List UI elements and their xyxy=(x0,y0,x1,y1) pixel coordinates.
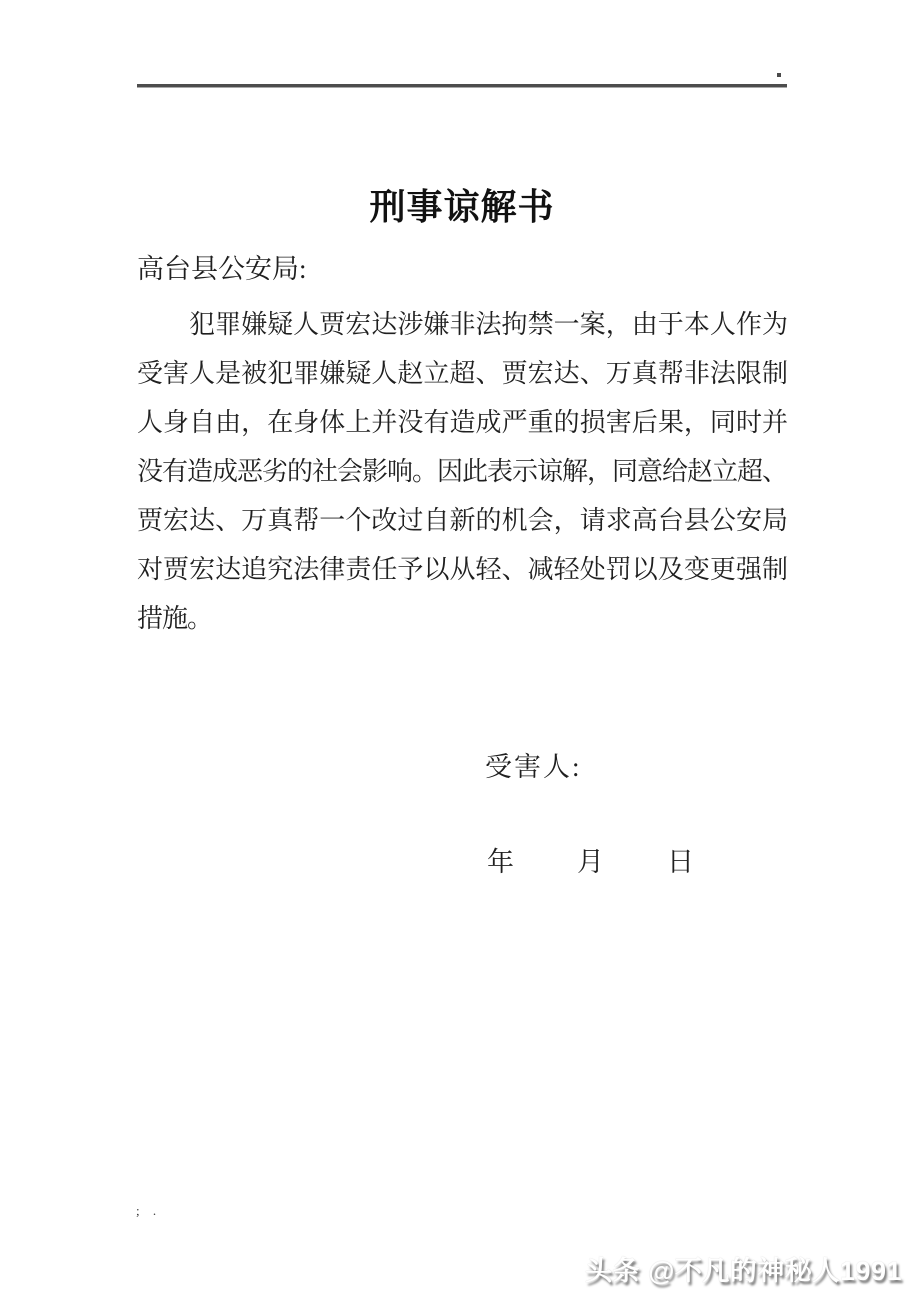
month-label: 月 xyxy=(577,838,604,887)
day-label: 日 xyxy=(667,838,694,887)
year-label: 年 xyxy=(487,838,514,887)
footnote-marks: ; . xyxy=(136,1202,161,1220)
paragraph-line: 犯罪嫌疑人贾宏达涉嫌非法拘禁一案，由于本人作为 xyxy=(137,300,787,349)
salutation-line: 高台县公安局: xyxy=(137,245,787,294)
paragraph-line: 没有造成恶劣的社会影响。因此表示谅解，同意给赵立超、 xyxy=(137,447,787,496)
paragraph-line: 受害人是被犯罪嫌疑人赵立超、贾宏达、万真帮非法限制 xyxy=(137,349,787,398)
stray-mark-dot xyxy=(777,73,781,77)
paragraph-line: 人身自由，在身体上并没有造成严重的损害后果，同时并 xyxy=(137,398,787,447)
date-line: 年 月 日 xyxy=(487,838,694,887)
body-paragraph: 犯罪嫌疑人贾宏达涉嫌非法拘禁一案，由于本人作为 受害人是被犯罪嫌疑人赵立超、贾宏… xyxy=(137,300,787,643)
document-page: 刑事谅解书 高台县公安局: 犯罪嫌疑人贾宏达涉嫌非法拘禁一案，由于本人作为 受害… xyxy=(0,0,920,1302)
header-rule xyxy=(137,84,787,88)
toutiao-watermark: 头条 @不凡的神秘人1991 xyxy=(585,1249,902,1288)
victim-signature-label: 受害人: xyxy=(485,743,582,792)
page-title: 刑事谅解书 xyxy=(137,184,787,230)
paragraph-line: 对贾宏达追究法律责任予以从轻、减轻处罚以及变更强制 xyxy=(137,545,787,594)
paragraph-line: 措施。 xyxy=(137,594,787,643)
paragraph-line: 贾宏达、万真帮一个改过自新的机会，请求高台县公安局 xyxy=(137,496,787,545)
